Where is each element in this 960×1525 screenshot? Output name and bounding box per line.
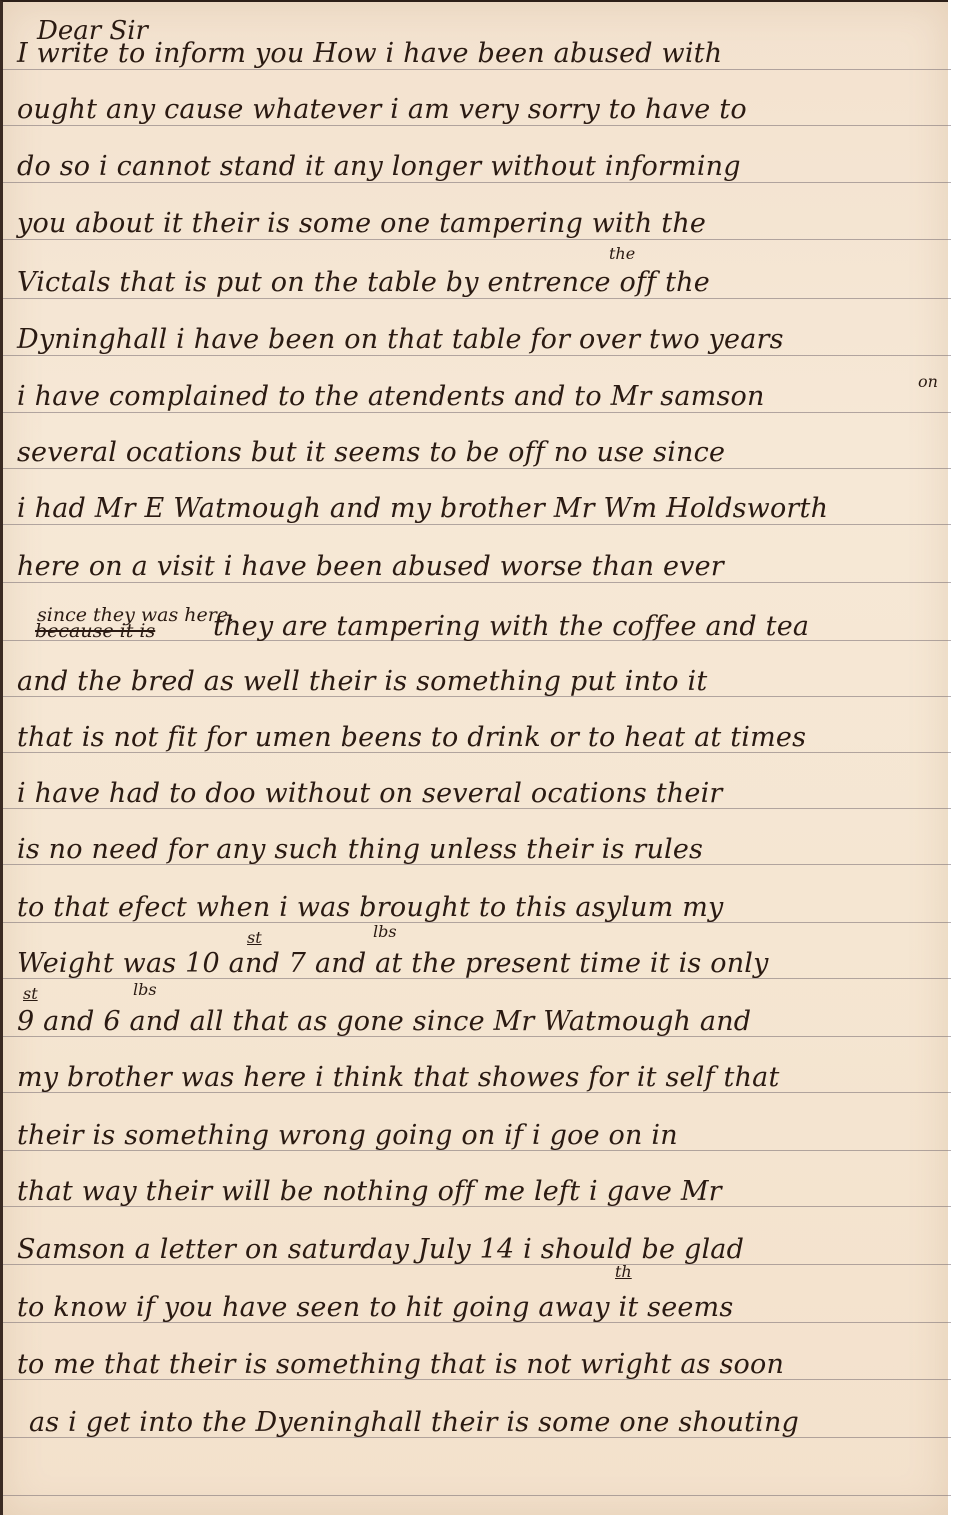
letter-line-9: i had Mr E Watmough and my brother Mr Wm… <box>17 495 947 522</box>
insertion-the: the <box>609 246 635 262</box>
letter-line-22: Samson a letter on saturday July 14 i sh… <box>17 1236 947 1263</box>
letter-line-14: i have had to doo without on several oca… <box>17 780 947 807</box>
letter-line-23: to know if you have seen to hit going aw… <box>17 1294 947 1321</box>
letter-line-17: Weight was 10 and 7 and at the present t… <box>17 950 947 977</box>
ruled-line <box>3 468 951 469</box>
letter-line-5: Victals that is put on the table by entr… <box>17 269 947 296</box>
letter-line-24: to me that their is something that is no… <box>17 1351 947 1378</box>
letter-line-10: here on a visit i have been abused worse… <box>17 553 947 580</box>
letter-line-12: and the bred as well their is something … <box>17 668 947 695</box>
letter-line-6: Dyninghall i have been on that table for… <box>17 326 947 353</box>
letter-line-21: that way their will be nothing off me le… <box>17 1178 947 1205</box>
letter-line-8: several ocations but it seems to be off … <box>17 439 947 466</box>
insertion-lbs-1: lbs <box>373 924 397 940</box>
letter-line-20: their is something wrong going on if i g… <box>17 1122 947 1149</box>
ruled-line <box>3 69 951 70</box>
letter-line-11: they are tampering with the coffee and t… <box>213 613 943 640</box>
struck-out-text: because it is <box>35 622 155 641</box>
insertion-th: th <box>615 1264 632 1280</box>
ruled-line <box>3 524 951 525</box>
letter-line-4: you about it their is some one tampering… <box>17 210 947 237</box>
ruled-line <box>3 298 951 299</box>
letter-line-25: as i get into the Dyeninghall their is s… <box>29 1409 959 1436</box>
ruled-line <box>3 412 951 413</box>
ruled-line <box>3 125 951 126</box>
insertion-st-2: st <box>23 986 38 1002</box>
ruled-line <box>3 582 951 583</box>
ruled-line <box>3 355 951 356</box>
letter-line-2: ought any cause whatever i am very sorry… <box>17 96 947 123</box>
insertion-on: on <box>918 374 938 390</box>
letter-line-13: that is not fit for umen beens to drink … <box>17 724 947 751</box>
ruled-line <box>3 182 951 183</box>
letter-line-3: do so i cannot stand it any longer witho… <box>17 153 947 180</box>
ruled-line <box>3 239 951 240</box>
letter-line-19: my brother was here i think that showes … <box>17 1064 947 1091</box>
ruled-line <box>3 1495 951 1496</box>
letter-line-7: i have complained to the atendents and t… <box>17 383 947 410</box>
insertion-lbs-2: lbs <box>133 982 157 998</box>
letter-page: Dear Sir I write to inform you How i hav… <box>0 0 948 1515</box>
letter-line-1: I write to inform you How i have been ab… <box>17 40 947 67</box>
insertion-st-1: st <box>247 930 262 946</box>
letter-line-15: is no need for any such thing unless the… <box>17 836 947 863</box>
letter-line-18: 9 and 6 and all that as gone since Mr Wa… <box>17 1008 947 1035</box>
letter-line-16: to that efect when i was brought to this… <box>17 894 947 921</box>
